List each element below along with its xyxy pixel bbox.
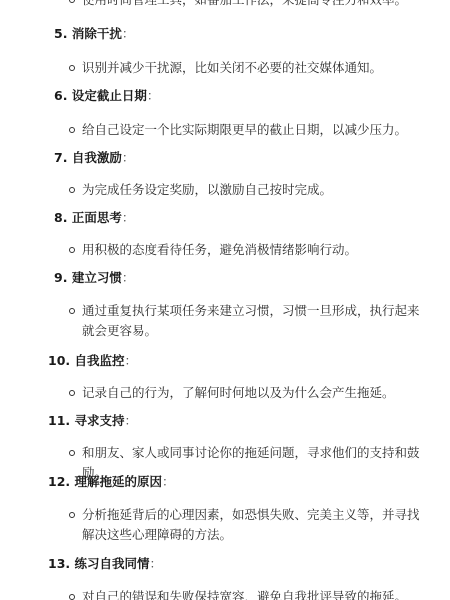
list-number: 10. bbox=[48, 353, 70, 368]
list-bullet-8: 用积极的态度看待任务，避免消极情绪影响行动。 bbox=[82, 240, 427, 260]
colon: ： bbox=[162, 474, 175, 489]
colon: ： bbox=[125, 353, 138, 368]
colon: ： bbox=[125, 413, 138, 428]
list-title: 消除干扰 bbox=[72, 26, 122, 41]
list-number: 9. bbox=[54, 270, 67, 285]
list-bullet-13: 对自己的错误和失败保持宽容，避免自我批评导致的拖延。 bbox=[82, 587, 427, 600]
list-title: 练习自我同情 bbox=[75, 556, 150, 571]
list-title: 理解拖延的原因 bbox=[75, 474, 163, 489]
list-title: 自我监控 bbox=[75, 353, 125, 368]
colon: ： bbox=[122, 26, 135, 41]
colon: ： bbox=[150, 556, 163, 571]
list-heading-10: 10. 自我监控： bbox=[48, 353, 137, 369]
list-number: 13. bbox=[48, 556, 70, 571]
colon: ： bbox=[147, 88, 160, 103]
list-title: 自我激励 bbox=[72, 150, 122, 165]
list-bullet-4: 使用时间管理工具，如番茄工作法，来提高专注力和效率。 bbox=[82, 0, 427, 10]
list-heading-12: 12. 理解拖延的原因： bbox=[48, 474, 175, 490]
list-number: 8. bbox=[54, 210, 67, 225]
colon: ： bbox=[122, 210, 135, 225]
list-bullet-9: 通过重复执行某项任务来建立习惯，习惯一旦形成，执行起来就会更容易。 bbox=[82, 301, 427, 341]
list-bullet-6: 给自己设定一个比实际期限更早的截止日期，以减少压力。 bbox=[82, 120, 427, 140]
list-number: 7. bbox=[54, 150, 67, 165]
list-heading-7: 7. 自我激励： bbox=[54, 150, 134, 166]
list-heading-5: 5. 消除干扰： bbox=[54, 26, 134, 42]
list-heading-9: 9. 建立习惯： bbox=[54, 270, 134, 286]
list-number: 6. bbox=[54, 88, 67, 103]
list-heading-11: 11. 寻求支持： bbox=[48, 413, 137, 429]
colon: ： bbox=[122, 270, 135, 285]
list-title: 寻求支持 bbox=[75, 413, 125, 428]
colon: ： bbox=[122, 150, 135, 165]
list-title: 正面思考 bbox=[72, 210, 122, 225]
list-title: 设定截止日期 bbox=[72, 88, 147, 103]
list-heading-13: 13. 练习自我同情： bbox=[48, 556, 162, 572]
list-heading-6: 6. 设定截止日期： bbox=[54, 88, 159, 104]
list-number: 5. bbox=[54, 26, 67, 41]
list-number: 12. bbox=[48, 474, 70, 489]
list-heading-8: 8. 正面思考： bbox=[54, 210, 134, 226]
list-number: 11. bbox=[48, 413, 70, 428]
list-bullet-5: 识别并减少干扰源，比如关闭不必要的社交媒体通知。 bbox=[82, 58, 427, 78]
list-bullet-10: 记录自己的行为，了解何时何地以及为什么会产生拖延。 bbox=[82, 383, 427, 403]
list-bullet-7: 为完成任务设定奖励，以激励自己按时完成。 bbox=[82, 180, 427, 200]
list-title: 建立习惯 bbox=[72, 270, 122, 285]
list-bullet-12: 分析拖延背后的心理因素，如恐惧失败、完美主义等，并寻找解决这些心理障碍的方法。 bbox=[82, 505, 427, 545]
